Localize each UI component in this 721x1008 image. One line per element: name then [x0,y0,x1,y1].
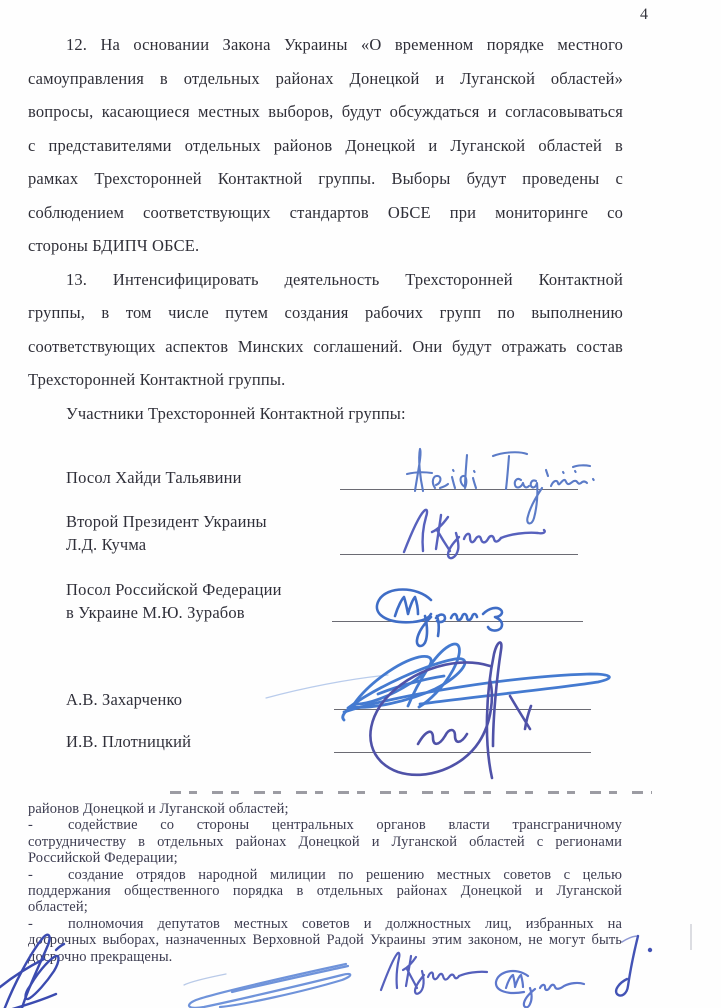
signatory-label-tagliavini: Посол Хайди Тальявини [66,466,242,489]
clipped-text-fragment [170,791,652,794]
annex-swoosh-signature [90,952,360,1008]
plotnitsky-signature [340,634,555,782]
signature-ink-dot [648,948,652,952]
participants-heading: Участники Трехсторонней Контактной групп… [28,397,623,437]
signatory-label-zurabov: Посол Российской Федерации в Украине М.Ю… [66,578,282,624]
annex-kuchma-signature [376,944,496,1002]
annex-right-partial-signature [600,930,658,1002]
body-text: 12. На основании Закона Украины «О време… [28,28,623,430]
list-dash: - [28,817,68,833]
kuchma-signature [398,502,558,564]
document-page: 4 12. На основании Закона Украины «О вре… [0,0,721,1008]
signatory-label-plotnitsky: И.В. Плотницкий [66,730,191,753]
signatory-label-kuchma: Второй Президент Украины Л.Д. Кучма [66,510,267,556]
list-dash: - [28,867,68,883]
page-number: 4 [640,6,648,24]
signatory-label-zakharchenko: А.В. Захарченко [66,688,182,711]
scan-edge-artifact [690,924,692,950]
annex-zurabov-signature [490,962,590,1008]
text-line: поддержания общественного порядка в отде… [28,883,622,904]
